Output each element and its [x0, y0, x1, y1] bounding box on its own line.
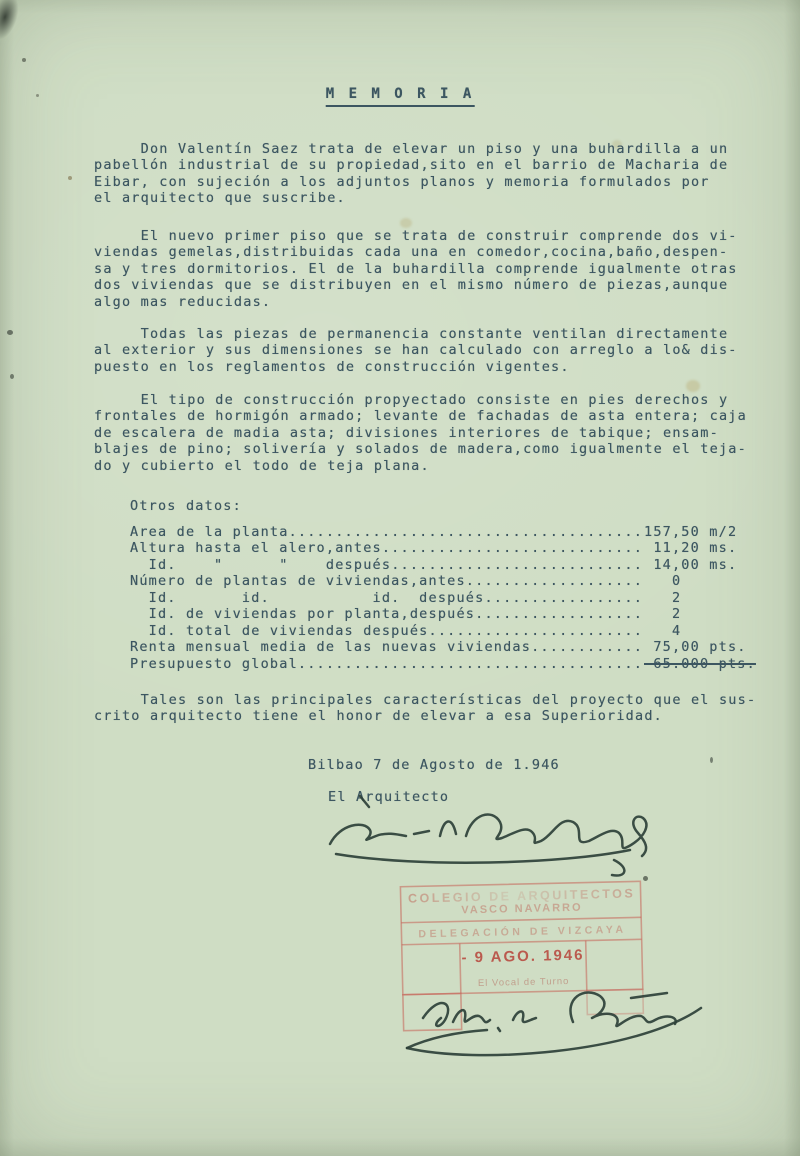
- paragraph-construction: El tipo de construcción propyectado cons…: [94, 392, 756, 474]
- dot-leader: ........................................…: [466, 573, 644, 589]
- row-label: Altura hasta el alero,antes: [130, 540, 382, 556]
- table-row-height-before: Altura hasta el alero,antes.............…: [130, 540, 762, 556]
- paper-stain: [686, 380, 700, 392]
- paragraph-first-floor: El nuevo primer piso que se trata de con…: [94, 228, 756, 310]
- date-line: Bilbao 7 de Agosto de 1.946: [308, 757, 560, 773]
- paper-stain: [400, 218, 412, 228]
- paragraph-ventilation: Todas las piezas de permanencia constant…: [94, 326, 756, 375]
- other-data-heading: Otros datos:: [130, 498, 530, 514]
- row-value: 75,00 pts.: [644, 639, 762, 655]
- table-row-floors-before: Número de plantas de viviendas,antes....…: [130, 573, 762, 589]
- dot-leader: ........................................…: [391, 557, 644, 573]
- row-value: 157,50 m/2: [644, 524, 762, 540]
- closing-paragraph: Tales son las principales característica…: [94, 692, 774, 725]
- row-label: Renta mensual media de las nuevas vivien…: [130, 639, 531, 655]
- dot-leader: ........................................…: [289, 524, 644, 540]
- table-row-global-budget: Presupuesto global......................…: [130, 656, 762, 672]
- dot-leader: ........................................…: [531, 639, 644, 655]
- signature-title: El Arquitecto: [328, 789, 449, 805]
- paper-speck: [68, 176, 72, 180]
- table-row-height-after: Id. " " después.........................…: [130, 557, 762, 573]
- table-row-monthly-rent: Renta mensual media de las nuevas vivien…: [130, 639, 762, 655]
- row-label: Id. total de viviendas después: [130, 623, 429, 639]
- paper-speck: [710, 757, 713, 763]
- row-value-struck: 65.000 pts.: [644, 656, 762, 672]
- row-value: 4: [644, 623, 762, 639]
- document-page: M E M O R I A Don Valentín Saez trata de…: [0, 0, 800, 1156]
- paragraph-intro: Don Valentín Saez trata de elevar un pis…: [94, 141, 756, 207]
- row-label: Número de plantas de viviendas,antes: [130, 573, 466, 589]
- paper-speck: [36, 94, 39, 97]
- row-label: Id. de viviendas por planta,después: [130, 606, 475, 622]
- paper-speck: [22, 58, 26, 62]
- paper-speck: [10, 374, 14, 379]
- paper-speck: [7, 330, 13, 335]
- row-label: Presupuesto global: [130, 656, 298, 672]
- row-value: 2: [644, 606, 762, 622]
- dot-leader: ........................................…: [429, 623, 645, 639]
- document-title: M E M O R I A: [326, 86, 475, 107]
- paper-corner-blot: [0, 0, 28, 49]
- data-table: Area de la planta.......................…: [130, 524, 762, 672]
- row-value: 14,00 ms.: [644, 557, 762, 573]
- table-row-area: Area de la planta.......................…: [130, 524, 762, 540]
- college-stamp: COLEGIO DE ARQUITECTOS VASCO NAVARRO DEL…: [396, 875, 649, 1036]
- row-label: Area de la planta: [130, 524, 289, 540]
- table-row-floors-after: Id. id. id. después.....................…: [130, 590, 762, 606]
- row-value: 0: [644, 573, 762, 589]
- table-row-dwellings-per-floor: Id. de viviendas por planta,después.....…: [130, 606, 762, 622]
- dot-leader: ........................................…: [382, 540, 644, 556]
- row-label: Id. " " después: [130, 557, 391, 573]
- dot-leader: ........................................…: [298, 656, 644, 672]
- row-value: 2: [644, 590, 762, 606]
- table-row-total-dwellings: Id. total de viviendas después..........…: [130, 623, 762, 639]
- row-label: Id. id. id. después: [130, 590, 484, 606]
- row-value: 11,20 ms.: [644, 540, 762, 556]
- dot-leader: ........................................…: [484, 590, 644, 606]
- dot-leader: ........................................…: [475, 606, 644, 622]
